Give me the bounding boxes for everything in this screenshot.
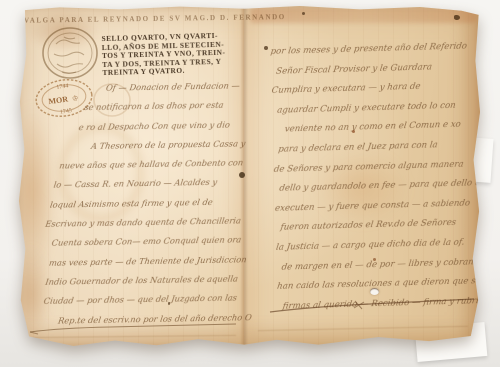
ink-speck bbox=[454, 15, 460, 20]
ink-speck bbox=[373, 258, 376, 261]
worm-hole bbox=[370, 288, 379, 295]
ink-speck bbox=[168, 302, 170, 305]
paper-crease bbox=[258, 326, 468, 331]
handwriting-line: se notificaron a los dhos por esta bbox=[83, 95, 247, 117]
sello-text-block: SELLO QVARTO, VN QVARTI- LLO, AÑOS DE MI… bbox=[101, 31, 252, 78]
manuscript-spread: VALGA PARA EL REYNADO DE SV MAG.D D. FER… bbox=[18, 6, 480, 348]
rubric-flourish bbox=[28, 322, 238, 336]
photo-backdrop: VALGA PARA EL REYNADO DE SV MAG.D D. FER… bbox=[0, 0, 500, 367]
ink-speck bbox=[264, 46, 268, 50]
ink-speck bbox=[302, 12, 305, 15]
ink-speck bbox=[352, 130, 355, 133]
revalidation-stamp-line: VALGA PARA EL REYNADO DE SV MAG.D D. FER… bbox=[24, 13, 270, 24]
manuscript-wrapper: VALGA PARA EL REYNADO DE SV MAG.D D. FER… bbox=[0, 0, 500, 367]
rubric-flourish bbox=[266, 296, 478, 316]
right-page-handwriting: por los meses y de presente año del Refe… bbox=[270, 37, 478, 317]
left-page-handwriting: Of — Donacion de Fundacion — se notifica… bbox=[40, 76, 249, 330]
stitch-hole bbox=[239, 172, 245, 178]
